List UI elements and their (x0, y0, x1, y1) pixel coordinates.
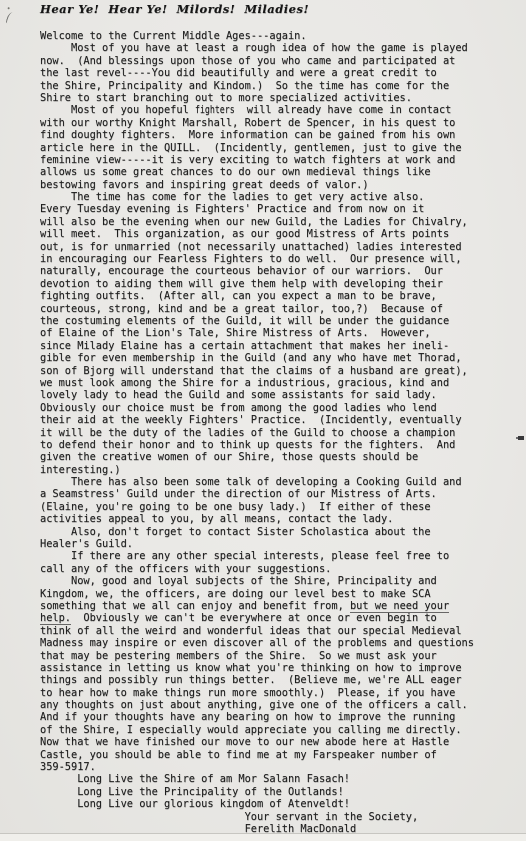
line-text: courteous, strong, kind and be a great t… (40, 303, 443, 315)
document-line: things and possibly run things better. (… (40, 674, 474, 686)
document-line: Now, good and loyal subjects of the Shir… (40, 575, 474, 587)
line-text: a Seamstress' Guild under the direction … (40, 488, 437, 500)
line-text: interesting.) (40, 464, 121, 476)
line-text: Most of you have at least a rough idea o… (40, 42, 468, 54)
line-text: with our worthy Knight Marshall, Robert … (40, 117, 455, 129)
document-line: Kingdom, we, the officers, are doing our… (40, 588, 474, 600)
underlined-text: help. (40, 612, 71, 625)
underlined-text: but we need your (350, 600, 449, 613)
line-text: think of all the weird and wonderful ide… (40, 625, 462, 637)
document-line: bestowing favors and inspiring great dee… (40, 179, 474, 191)
document-line: Castle, you should be able to find me at… (40, 749, 474, 761)
document-line: will meet. This organization, as our goo… (40, 228, 474, 240)
line-text: now. (And blessings upon those of you wh… (40, 55, 455, 67)
document-line: activities appeal to you, by all means, … (40, 513, 474, 525)
document-line: we must look among the Shire for a indus… (40, 377, 474, 389)
line-text: devotion to aiding them will give them h… (40, 278, 443, 290)
line-text: we must look among the Shire for a indus… (40, 377, 449, 389)
document-line: lovely lady to head the Guild and some a… (40, 389, 474, 401)
document-line: article here in the QUILL. (Incidently, … (40, 142, 474, 154)
document-line: with our worthy Knight Marshall, Robert … (40, 117, 474, 129)
line-text: will already have come in contact (241, 104, 452, 116)
line-text: given the creative women of our Shire, t… (40, 451, 418, 463)
document-line: Now that we have finished our move to ou… (40, 736, 474, 748)
document-line: Long Live our glorious kingdom of Atenve… (40, 798, 474, 810)
document-line: Every Tuesday evening is Fighters' Pract… (40, 203, 474, 215)
document-line: feminine view-----it is very exciting to… (40, 154, 474, 166)
line-text: The time has come for the ladies to get … (40, 191, 424, 203)
document-line: call any of the officers with your sugge… (40, 563, 474, 575)
line-text: the Shire, Principality and Kindom.) So … (40, 80, 449, 92)
document-lines: Welcome to the Current Middle Ages---aga… (40, 30, 474, 835)
document-line: to defend their honor and to think up qu… (40, 439, 474, 451)
line-text: to hear how to make things run more smoo… (40, 687, 455, 699)
document-line: in encouraging our Fearless Fighters to … (40, 253, 474, 265)
document-line: Long Live the Principality of the Outlan… (40, 786, 474, 798)
document-line: courteous, strong, kind and be a great t… (40, 303, 474, 315)
document-line: Most of you have at least a rough idea o… (40, 42, 474, 54)
line-text: Also, don't forget to contact Sister Sch… (40, 526, 431, 538)
document-line: Madness may inspire or even discover all… (40, 637, 474, 649)
line-text: activities appeal to you, by all means, … (40, 513, 393, 525)
line-text: Welcome to the Current Middle Ages---aga… (40, 30, 307, 42)
document-line: now. (And blessings upon those of you wh… (40, 55, 474, 67)
line-text: Obviously we can't be everywhere at once… (71, 612, 437, 624)
line-text: There has also been some talk of develop… (40, 476, 462, 488)
line-text: Long Live the Principality of the Outlan… (40, 786, 344, 798)
document-line: Obviously our choice must be from among … (40, 402, 474, 414)
line-text: Shire to start branching out to more spe… (40, 92, 412, 104)
document-line: (Elaine, you're going to be one busy lad… (40, 501, 474, 513)
document-line: it will be the duty of the ladies of the… (40, 427, 474, 439)
document-line: devotion to aiding them will give them h… (40, 278, 474, 290)
document-line: since Milady Elaine has a certain attach… (40, 340, 474, 352)
line-text: fighters (195, 104, 235, 116)
document-line: think of all the weird and wonderful ide… (40, 625, 474, 637)
document-line: Most of you hopeful fighters will alread… (40, 104, 474, 116)
line-text: Long Live the Shire of am Mor Salann Fas… (40, 773, 350, 785)
document-line: out, is for unmarried (not necessarily u… (40, 241, 474, 253)
line-text: will also be the evening when our new Gu… (40, 216, 468, 228)
line-text: allows us some great chances to do our o… (40, 166, 431, 178)
document-line: something that we all can enjoy and bene… (40, 600, 474, 612)
line-text: will meet. This organization, as our goo… (40, 228, 449, 240)
line-text: something that we all can enjoy and bene… (40, 600, 350, 612)
document-line: Your servant in the Society, (40, 811, 474, 823)
document-line: Long Live the Shire of am Mor Salann Fas… (40, 773, 474, 785)
line-text: article here in the QUILL. (Incidently, … (40, 142, 462, 154)
line-text: lovely lady to head the Guild and some a… (40, 389, 437, 401)
document-line: interesting.) (40, 464, 474, 476)
scan-edge-band (0, 833, 526, 841)
document-line: will also be the evening when our new Gu… (40, 216, 474, 228)
line-text: any thoughts on just about anything, giv… (40, 699, 468, 711)
line-text: 359-5917. (40, 761, 96, 773)
document-line: that may be pestering members of the Shi… (40, 650, 474, 662)
line-text: the last revel----You did beautifully an… (40, 67, 437, 79)
document-line: 359-5917. (40, 761, 474, 773)
pen-mark (5, 11, 14, 24)
line-text: Madness may inspire or even discover all… (40, 637, 474, 649)
line-text: fighting outfits. (After all, can you ex… (40, 290, 437, 302)
line-text: that may be pestering members of the Shi… (40, 650, 437, 662)
document-line: If there are any other special interests… (40, 550, 474, 562)
document-line: Healer's Guild. (40, 538, 474, 550)
scanned-page: Hear Ye! Hear Ye! Milords! Miladies! Wel… (0, 0, 526, 841)
line-text: Every Tuesday evening is Fighters' Pract… (40, 203, 424, 215)
line-text: gible for even membership in the Guild (… (40, 352, 462, 364)
document-line: help. Obviously we can't be everywhere a… (40, 612, 474, 624)
line-text: (Elaine, you're going to be one busy lad… (40, 501, 431, 513)
line-text: things and possibly run things better. (… (40, 674, 462, 686)
line-text: find doughty fighters. More information … (40, 129, 455, 141)
document-line: the Shire, Principality and Kindom.) So … (40, 80, 474, 92)
document-line: fighting outfits. (After all, can you ex… (40, 290, 474, 302)
document-line: of Elaine of the Lion's Tale, Shire Mist… (40, 327, 474, 339)
document-line: their aid at the weekly Fighters' Practi… (40, 414, 474, 426)
typewritten-letter: Hear Ye! Hear Ye! Milords! Miladies! Wel… (40, 3, 474, 835)
line-text: Obviously our choice must be from among … (40, 402, 437, 414)
line-text: Kingdom, we, the officers, are doing our… (40, 588, 431, 600)
letter-heading: Hear Ye! Hear Ye! Milords! Miladies! (40, 3, 474, 16)
document-line: Shire to start branching out to more spe… (40, 92, 474, 104)
line-text: If there are any other special interests… (40, 550, 449, 562)
document-line: The time has come for the ladies to get … (40, 191, 474, 203)
line-text: Healer's Guild. (40, 538, 133, 550)
document-line: given the creative women of our Shire, t… (40, 451, 474, 463)
line-text: call any of the officers with your sugge… (40, 563, 331, 575)
document-line: Welcome to the Current Middle Ages---aga… (40, 30, 474, 42)
line-text: Your servant in the Society, (40, 811, 418, 823)
document-line: the last revel----You did beautifully an… (40, 67, 474, 79)
line-text: in encouraging our Fearless Fighters to … (40, 253, 462, 265)
document-line: Also, don't forget to contact Sister Sch… (40, 526, 474, 538)
document-line: allows us some great chances to do our o… (40, 166, 474, 178)
line-text: since Milady Elaine has a certain attach… (40, 340, 449, 352)
document-line: son of Bjorg will understand that the cl… (40, 365, 474, 377)
document-line: find doughty fighters. More information … (40, 129, 474, 141)
document-line: gible for even membership in the Guild (… (40, 352, 474, 364)
line-text: son of Bjorg will understand that the cl… (40, 365, 468, 377)
line-text: Now that we have finished our move to ou… (40, 736, 449, 748)
line-text: to defend their honor and to think up qu… (40, 439, 455, 451)
scan-speck (518, 436, 524, 440)
line-text: Now, good and loyal subjects of the Shir… (40, 575, 437, 587)
document-line: to hear how to make things run more smoo… (40, 687, 474, 699)
line-text: it will be the duty of the ladies of the… (40, 427, 455, 439)
document-line: naturally, encourage the courteous behav… (40, 265, 474, 277)
line-text: Castle, you should be able to find me at… (40, 749, 437, 761)
line-text: feminine view-----it is very exciting to… (40, 154, 455, 166)
document-line: a Seamstress' Guild under the direction … (40, 488, 474, 500)
document-line: There has also been some talk of develop… (40, 476, 474, 488)
document-line: And if your thoughts have any bearing on… (40, 711, 474, 723)
line-text: of the Shire, I especially would appreci… (40, 724, 462, 736)
line-text: bestowing favors and inspiring great dee… (40, 179, 369, 191)
document-line: any thoughts on just about anything, giv… (40, 699, 474, 711)
line-text: Long Live our glorious kingdom of Atenve… (40, 798, 350, 810)
line-text: naturally, encourage the courteous behav… (40, 265, 443, 277)
line-text: of Elaine of the Lion's Tale, Shire Mist… (40, 327, 431, 339)
line-text: assistance in letting us know what you'r… (40, 662, 462, 674)
line-text: And if your thoughts have any bearing on… (40, 711, 455, 723)
document-line: assistance in letting us know what you'r… (40, 662, 474, 674)
line-text: Most of you hopeful (40, 104, 195, 116)
line-text: the costuming elements of the Guild, it … (40, 315, 449, 327)
document-line: of the Shire, I especially would appreci… (40, 724, 474, 736)
line-text: their aid at the weekly Fighters' Practi… (40, 414, 462, 426)
line-text: out, is for unmarried (not necessarily u… (40, 241, 462, 253)
document-line: the costuming elements of the Guild, it … (40, 315, 474, 327)
